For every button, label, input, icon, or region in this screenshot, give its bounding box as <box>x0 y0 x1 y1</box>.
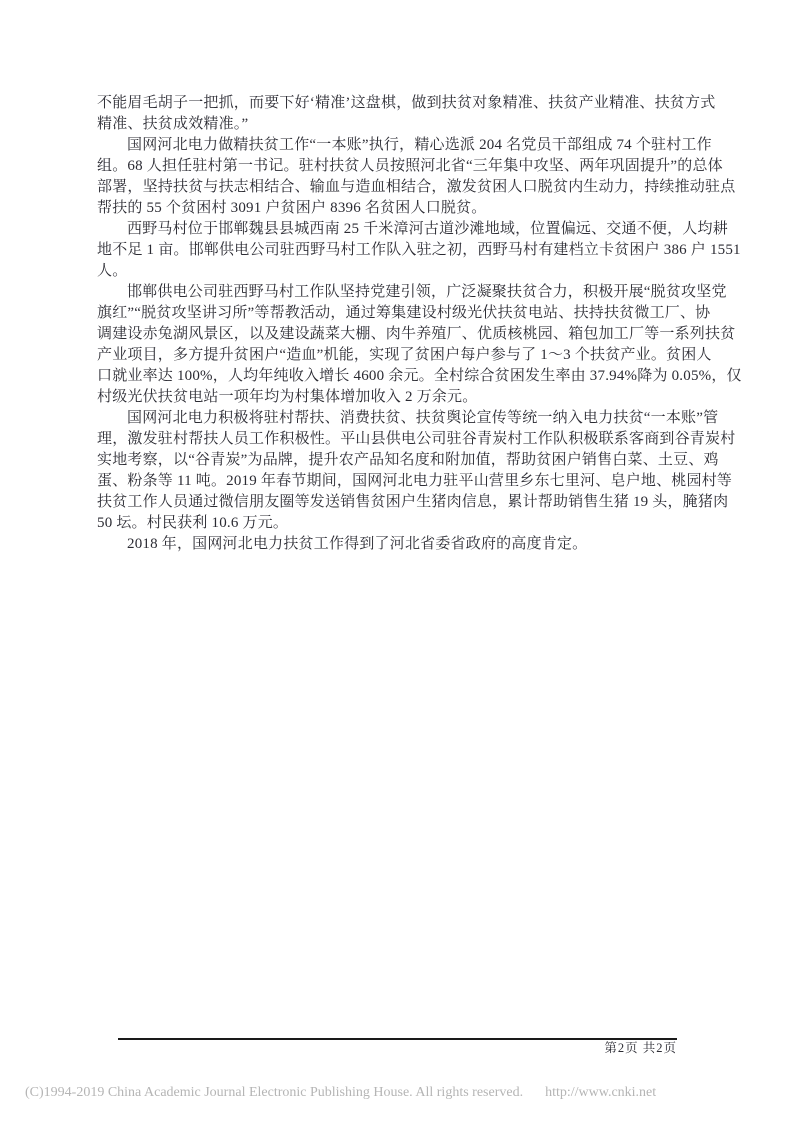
text-line: 精准、扶贫成效精准。” <box>97 114 700 135</box>
text-line: 50 坛。村民获利 10.6 万元。 <box>97 513 700 534</box>
cnki-url-text: http://www.cnki.net <box>545 1085 656 1100</box>
text-line: 口就业率达 100%，人均年纯收入增长 4600 余元。全村综合贫困发生率由 3… <box>97 366 700 387</box>
cnki-copyright-watermark: (C)1994-2019 China Academic Journal Elec… <box>25 1084 765 1101</box>
text-line: 不能眉毛胡子一把抓，而要下好‘精准’这盘棋，做到扶贫对象精准、扶贫产业精准、扶贫… <box>97 93 700 114</box>
page-number-indicator: 第2页 共2页 <box>477 1041 677 1056</box>
text-line: 旗红”“脱贫攻坚讲习所”等帮教活动，通过筹集建设村级光伏扶贫电站、扶持扶贫微工厂… <box>97 303 700 324</box>
paragraph: 不能眉毛胡子一把抓，而要下好‘精准’这盘棋，做到扶贫对象精准、扶贫产业精准、扶贫… <box>97 93 700 135</box>
text-line: 调建设赤兔湖风景区，以及建设蔬菜大棚、肉牛养殖厂、优质核桃园、箱包加工厂等一系列… <box>97 324 700 345</box>
copyright-text: (C)1994-2019 China Academic Journal Elec… <box>25 1085 523 1100</box>
footer-divider-line <box>118 1038 677 1040</box>
paragraph: 邯郸供电公司驻西野马村工作队坚持党建引领，广泛凝聚扶贫合力，积极开展“脱贫攻坚党… <box>97 282 700 408</box>
paragraph: 2018 年，国网河北电力扶贫工作得到了河北省委省政府的高度肯定。 <box>97 534 700 555</box>
text-line: 蛋、粉条等 11 吨。2019 年春节期间，国网河北电力驻平山营里乡东七里河、皂… <box>97 471 700 492</box>
text-line: 西野马村位于邯郸魏县县城西南 25 千米漳河古道沙滩地域，位置偏远、交通不便，人… <box>97 219 700 240</box>
text-line: 帮扶的 55 个贫困村 3091 户贫困户 8396 名贫困人口脱贫。 <box>97 198 700 219</box>
paragraph: 国网河北电力做精扶贫工作“一本账”执行，精心选派 204 名党员干部组成 74 … <box>97 135 700 219</box>
text-line: 理，激发驻村帮扶人员工作积极性。平山县供电公司驻谷青炭村工作队积极联系客商到谷青… <box>97 429 700 450</box>
text-line: 国网河北电力做精扶贫工作“一本账”执行，精心选派 204 名党员干部组成 74 … <box>97 135 700 156</box>
text-line: 2018 年，国网河北电力扶贫工作得到了河北省委省政府的高度肯定。 <box>97 534 700 555</box>
text-line: 组。68 人担任驻村第一书记。驻村扶贫人员按照河北省“三年集中攻坚、两年巩固提升… <box>97 156 700 177</box>
text-line: 产业项目，多方提升贫困户“造血”机能，实现了贫困户每户参与了 1～3 个扶贫产业… <box>97 345 700 366</box>
document-page: 不能眉毛胡子一把抓，而要下好‘精准’这盘棋，做到扶贫对象精准、扶贫产业精准、扶贫… <box>0 0 793 1122</box>
text-line: 地不足 1 亩。邯郸供电公司驻西野马村工作队入驻之初，西野马村有建档立卡贫困户 … <box>97 240 700 261</box>
text-line: 人。 <box>97 261 700 282</box>
text-line: 扶贫工作人员通过微信朋友圈等发送销售贫困户生猪肉信息，累计帮助销售生猪 19 头… <box>97 492 700 513</box>
text-line: 国网河北电力积极将驻村帮扶、消费扶贫、扶贫舆论宣传等统一纳入电力扶贫“一本账”管 <box>97 408 700 429</box>
paragraph: 国网河北电力积极将驻村帮扶、消费扶贫、扶贫舆论宣传等统一纳入电力扶贫“一本账”管… <box>97 408 700 534</box>
paragraph: 西野马村位于邯郸魏县县城西南 25 千米漳河古道沙滩地域，位置偏远、交通不便，人… <box>97 219 700 282</box>
text-line: 部署，坚持扶贫与扶志相结合、输血与造血相结合，激发贫困人口脱贫内生动力，持续推动… <box>97 177 700 198</box>
text-line: 邯郸供电公司驻西野马村工作队坚持党建引领，广泛凝聚扶贫合力，积极开展“脱贫攻坚党 <box>97 282 700 303</box>
text-line: 村级光伏扶贫电站一项年均为村集体增加收入 2 万余元。 <box>97 387 700 408</box>
article-body: 不能眉毛胡子一把抓，而要下好‘精准’这盘棋，做到扶贫对象精准、扶贫产业精准、扶贫… <box>97 93 700 555</box>
text-line: 实地考察，以“谷青炭”为品牌，提升农产品知名度和附加值，帮助贫困户销售白菜、土豆… <box>97 450 700 471</box>
